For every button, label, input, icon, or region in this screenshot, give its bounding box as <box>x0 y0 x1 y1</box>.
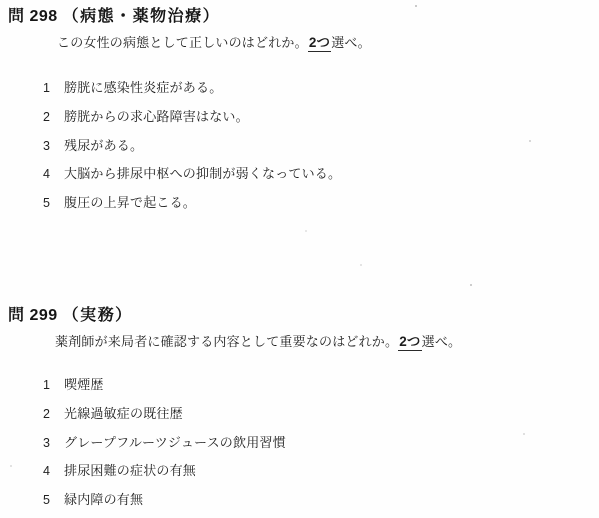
option-text: 光線過敏症の既往歴 <box>64 406 183 423</box>
select-two-emphasis: 2つ <box>308 35 331 52</box>
question-header: 問 299 （実務） <box>8 307 599 325</box>
option-number: 2 <box>43 406 64 423</box>
option-row: 4 大脳から排尿中枢への抑制が弱くなっている。 <box>43 166 599 183</box>
option-number: 2 <box>43 109 64 126</box>
option-row: 1 喫煙歴 <box>43 377 599 394</box>
option-row: 5 緑内障の有無 <box>43 492 599 509</box>
option-text: 膀胱に感染性炎症がある。 <box>64 80 222 97</box>
question-text-pre: 薬剤師が来局者に確認する内容として重要なのはどれか。 <box>55 335 398 350</box>
question-block-298: 問 298 （病態・薬物治療） この女性の病態として正しいのはどれか。2つ選べ。… <box>0 8 599 224</box>
question-text-post: 選べ。 <box>331 36 371 51</box>
question-number: 問 299 <box>8 307 58 324</box>
option-text: 喫煙歴 <box>64 377 104 394</box>
options-list: 1 膀胱に感染性炎症がある。 2 膀胱からの求心路障害はない。 3 残尿がある。… <box>0 80 599 212</box>
option-text: グレープフルーツジュースの飲用習慣 <box>64 435 286 452</box>
question-header: 問 298 （病態・薬物治療） <box>8 8 599 26</box>
question-block-299: 問 299 （実務） 薬剤師が来局者に確認する内容として重要なのはどれか。2つ選… <box>0 307 599 518</box>
select-two-emphasis: 2つ <box>398 334 421 351</box>
option-row: 4 排尿困難の症状の有無 <box>43 463 599 480</box>
options-list: 1 喫煙歴 2 光線過敏症の既往歴 3 グレープフルーツジュースの飲用習慣 4 … <box>0 377 599 509</box>
option-row: 5 腹圧の上昇で起こる。 <box>43 195 599 212</box>
option-text: 残尿がある。 <box>64 138 143 155</box>
option-row: 3 グレープフルーツジュースの飲用習慣 <box>43 435 599 452</box>
exam-page: 問 298 （病態・薬物治療） この女性の病態として正しいのはどれか。2つ選べ。… <box>0 0 599 518</box>
option-number: 1 <box>43 80 64 97</box>
option-number: 3 <box>43 138 64 155</box>
option-number: 3 <box>43 435 64 452</box>
option-number: 5 <box>43 492 64 509</box>
option-text: 緑内障の有無 <box>64 492 143 509</box>
option-text: 排尿困難の症状の有無 <box>64 463 196 480</box>
option-row: 1 膀胱に感染性炎症がある。 <box>43 80 599 97</box>
question-number: 問 298 <box>8 8 58 25</box>
option-row: 3 残尿がある。 <box>43 138 599 155</box>
option-text: 大脳から排尿中枢への抑制が弱くなっている。 <box>64 166 341 183</box>
option-row: 2 膀胱からの求心路障害はない。 <box>43 109 599 126</box>
question-text: 薬剤師が来局者に確認する内容として重要なのはどれか。2つ選べ。 <box>55 333 599 352</box>
scan-noise <box>0 0 2 2</box>
question-text-pre: この女性の病態として正しいのはどれか。 <box>57 36 308 51</box>
question-category: （病態・薬物治療） <box>63 8 221 25</box>
option-text: 膀胱からの求心路障害はない。 <box>64 109 249 126</box>
option-row: 2 光線過敏症の既往歴 <box>43 406 599 423</box>
question-text-post: 選べ。 <box>422 335 462 350</box>
option-number: 4 <box>43 463 64 480</box>
question-text: この女性の病態として正しいのはどれか。2つ選べ。 <box>57 34 599 53</box>
option-number: 4 <box>43 166 64 183</box>
option-number: 5 <box>43 195 64 212</box>
option-text: 腹圧の上昇で起こる。 <box>64 195 196 212</box>
option-number: 1 <box>43 377 64 394</box>
question-category: （実務） <box>63 307 133 324</box>
